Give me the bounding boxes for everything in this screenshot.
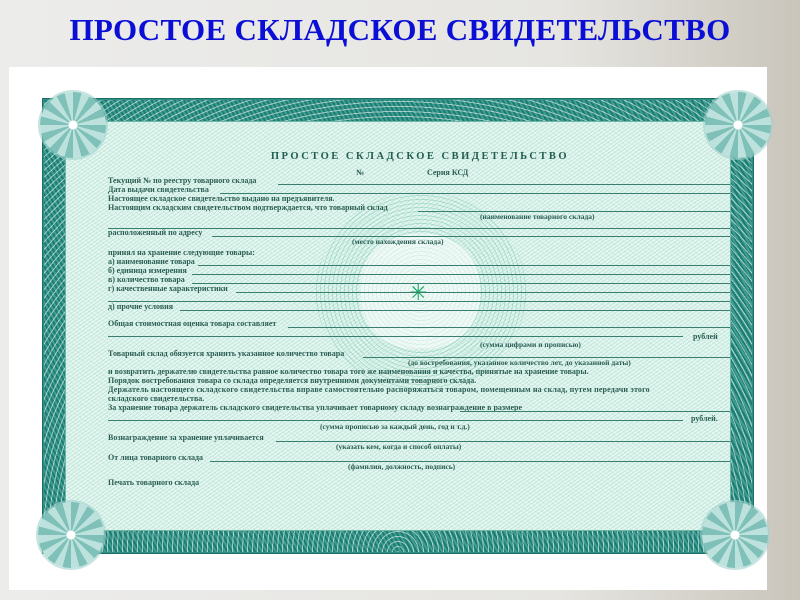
item-d-field[interactable]: [236, 292, 731, 293]
seal-label: Печать товарного склада: [108, 478, 199, 488]
total-value-field[interactable]: [288, 327, 731, 328]
item-d-field-2[interactable]: [108, 301, 731, 302]
fee-paid-label: Вознаграждение за хранение уплачивается: [108, 433, 264, 443]
item-e-label: д) прочие условия: [108, 302, 173, 312]
signer-hint: (фамилия, должность, подпись): [348, 462, 455, 472]
total-value-label: Общая стоимостная оценка товара составля…: [108, 319, 276, 329]
item-d-label: г) качественные характеристики: [108, 284, 228, 294]
rubles-label-1: рублей: [693, 332, 718, 342]
rubles-label-2: рублей.: [691, 414, 718, 424]
rosette-ornament-icon: [705, 92, 771, 158]
signer-label: От лица товарного склада: [108, 453, 203, 463]
rosette-ornament-icon: [40, 92, 106, 158]
signer-field[interactable]: [210, 461, 731, 462]
slide-title: ПРОСТОЕ СКЛАДСКОЕ СВИДЕТЕЛЬСТВО: [0, 12, 800, 48]
payer-hint: (указать кем, когда и способ оплаты): [336, 442, 461, 452]
series-label: Серия КСД: [427, 168, 468, 178]
obliges-text: Товарный склад обязуется хранить указанн…: [108, 349, 344, 359]
location-hint: (место нахождения склада): [352, 237, 443, 247]
rosette-ornament-icon: [38, 502, 104, 568]
total-value-field-2[interactable]: [108, 336, 683, 337]
fee-field[interactable]: [460, 411, 731, 412]
warehouse-name-hint: (наименование товарного склада): [480, 212, 595, 222]
number-label: №: [356, 168, 364, 178]
certificate-title: ПРОСТОЕ СКЛАДСКОЕ СВИДЕТЕЛЬСТВО: [108, 152, 731, 162]
confirm-text: Настоящим складским свидетельством подтв…: [108, 203, 388, 213]
fee-hint: (сумма прописью за каждый день, год и т.…: [320, 422, 470, 432]
item-a-field[interactable]: [198, 265, 731, 266]
registry-field[interactable]: [278, 184, 731, 185]
item-c-field[interactable]: [192, 283, 731, 284]
certificate-body: ✳ ПРОСТОЕ СКЛАДСКОЕ СВИДЕТЕЛЬСТВО № Сери…: [65, 121, 731, 531]
certificate: ✳ ПРОСТОЕ СКЛАДСКОЕ СВИДЕТЕЛЬСТВО № Сери…: [42, 98, 754, 554]
item-b-field[interactable]: [192, 274, 731, 275]
fee-field-2[interactable]: [108, 420, 683, 421]
located-label: расположенный по адресу: [108, 228, 202, 238]
sum-hint: (сумма цифрами и прописью): [480, 340, 581, 350]
item-e-field[interactable]: [180, 310, 731, 311]
address-field[interactable]: [212, 236, 731, 237]
rosette-ornament-icon: [702, 502, 768, 568]
